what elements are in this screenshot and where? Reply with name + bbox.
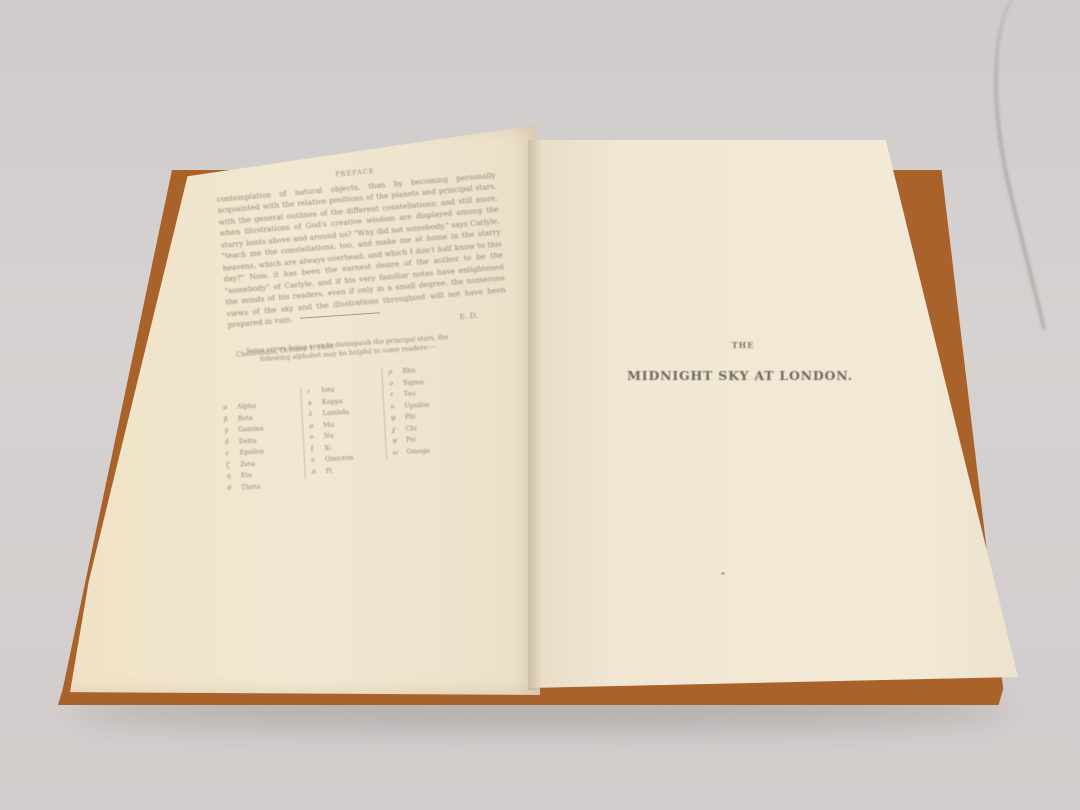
- greek-symbol: ρ: [388, 367, 402, 376]
- greek-symbol: θ: [227, 483, 241, 492]
- greek-column-2: ιIota κKappa λLambda μMu νNu ξXi οOmicro…: [300, 383, 392, 479]
- greek-name: Zeta: [240, 459, 255, 468]
- greek-name: Theta: [241, 482, 260, 491]
- greek-symbol: ν: [310, 432, 324, 441]
- greek-symbol: υ: [390, 401, 404, 410]
- greek-symbol: ζ: [226, 460, 240, 469]
- greek-name: Psi: [406, 435, 416, 443]
- greek-symbol: κ: [308, 398, 322, 407]
- greek-name: Iota: [321, 385, 334, 394]
- greek-symbol: δ: [225, 437, 239, 446]
- greek-name: Sigma: [403, 377, 424, 386]
- greek-symbol: ο: [311, 455, 325, 464]
- greek-symbol: λ: [308, 409, 322, 418]
- greek-name: Epsilon: [239, 447, 264, 456]
- greek-symbol: ι: [307, 386, 321, 395]
- greek-symbol: η: [227, 472, 241, 481]
- greek-symbol: α: [223, 403, 237, 412]
- greek-symbol: ψ: [392, 436, 406, 445]
- book-title: MIDNIGHT SKY AT LONDON.: [610, 368, 870, 383]
- greek-name: Mu: [323, 420, 334, 429]
- greek-name: Lambda: [322, 408, 349, 417]
- greek-symbol: σ: [389, 378, 403, 387]
- greek-name: Beta: [237, 413, 253, 422]
- greek-name: Delta: [239, 436, 257, 445]
- greek-name: Eta: [241, 471, 253, 480]
- greek-name: Tau: [403, 389, 415, 398]
- greek-symbol: ε: [225, 449, 239, 458]
- greek-symbol: φ: [391, 413, 405, 422]
- preface-text-block: PREFACE contemplation of natural objects…: [215, 156, 510, 362]
- greek-name: Gamma: [238, 424, 264, 433]
- greek-name: Xi: [324, 443, 331, 451]
- greek-name: Omicron: [325, 454, 354, 463]
- preface-paragraph: contemplation of natural objects, than b…: [216, 169, 507, 331]
- greek-symbol: μ: [309, 421, 323, 430]
- greek-symbol: ω: [392, 447, 406, 456]
- greek-name: Nu: [324, 432, 334, 441]
- greek-name: Alpha: [237, 402, 256, 411]
- greek-column-3: ρRho σSigma τTau υUpsilon φPhi χChi ψPsi…: [381, 363, 473, 459]
- greek-symbol: π: [311, 467, 325, 476]
- paper-curl: [961, 0, 1080, 330]
- page-mark: [721, 572, 725, 575]
- greek-name: Chi: [405, 424, 417, 433]
- book-gutter: [528, 140, 542, 690]
- greek-symbol: γ: [224, 426, 238, 435]
- greek-symbol: τ: [389, 390, 403, 399]
- greek-symbol: β: [224, 414, 238, 423]
- greek-symbol: ξ: [310, 444, 324, 453]
- title-article: THE: [718, 340, 768, 350]
- greek-name: Upsilon: [404, 400, 430, 409]
- greek-column-1: αAlpha βBeta γGamma δDelta εEpsilon ζZet…: [223, 399, 308, 495]
- greek-name: Rho: [402, 366, 415, 375]
- greek-name: Kappa: [322, 397, 343, 406]
- greek-alphabet-table: αAlpha βBeta γGamma δDelta εEpsilon ζZet…: [222, 379, 467, 501]
- greek-name: Pi: [325, 466, 332, 474]
- greek-name: Phi: [405, 412, 416, 421]
- greek-name: Omega: [406, 446, 430, 455]
- greek-symbol: χ: [391, 424, 405, 433]
